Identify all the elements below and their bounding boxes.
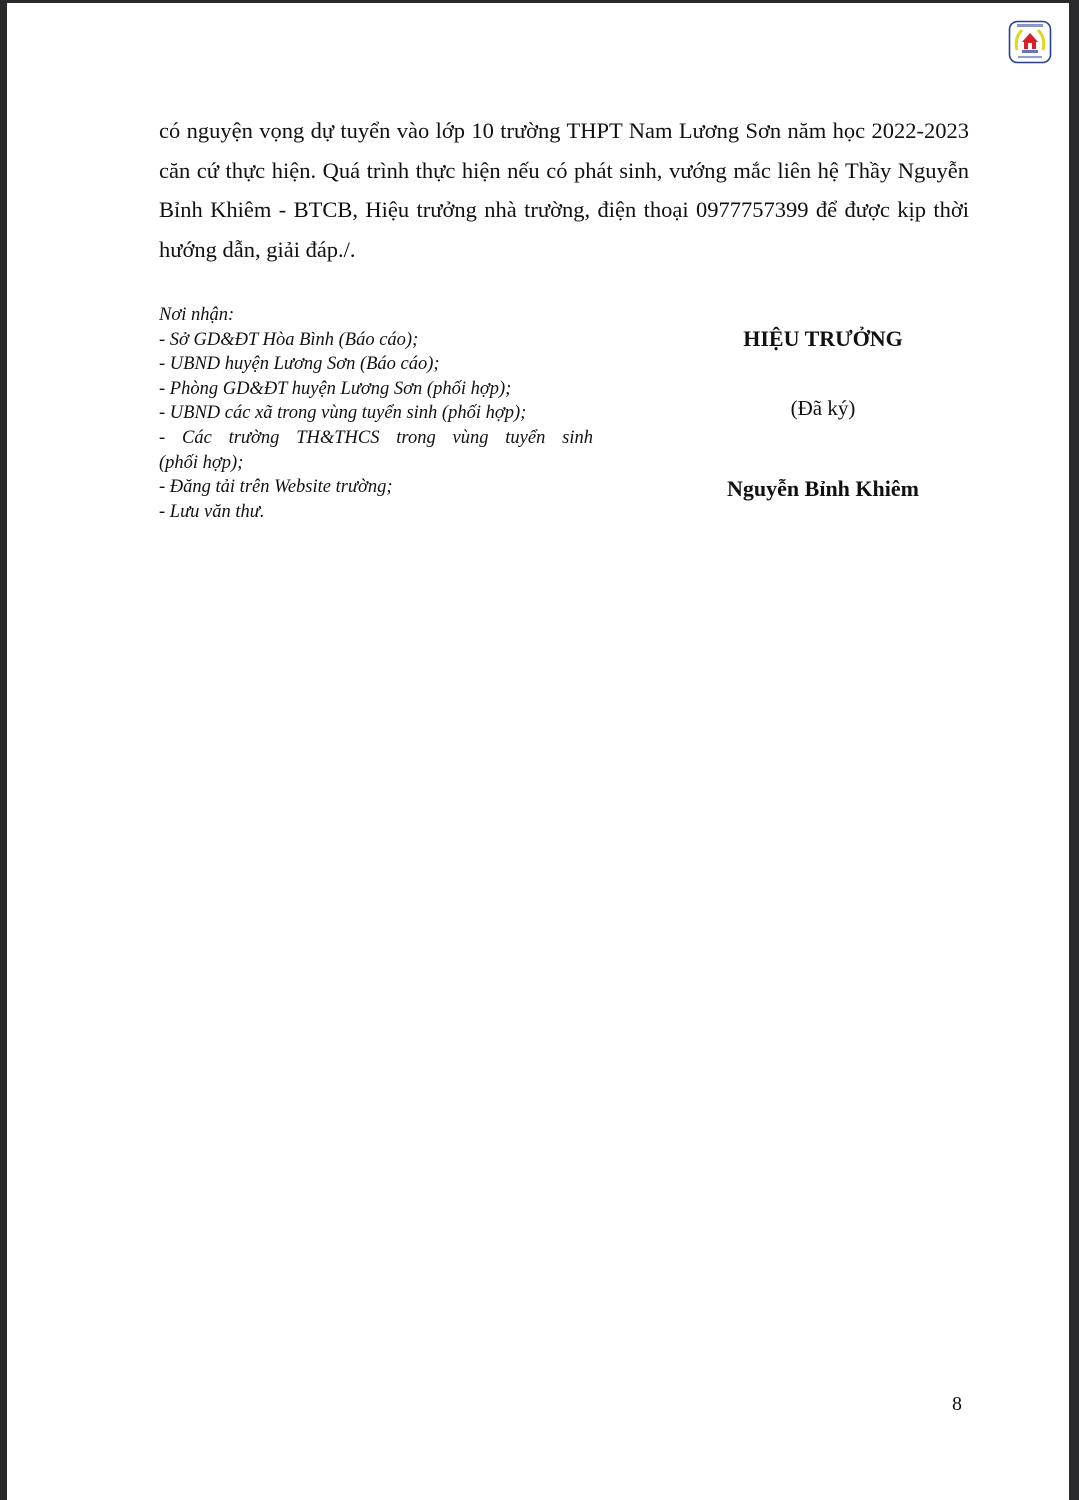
recipient-item: - Các trường TH&THCS trong vùng tuyển si… <box>159 426 593 451</box>
recipient-item: (phối hợp); <box>159 451 593 476</box>
recipients-list: Nơi nhận: - Sở GD&ĐT Hòa Bình (Báo cáo);… <box>159 303 593 524</box>
document-page: có nguyện vọng dự tuyển vào lớp 10 trườn… <box>7 3 1069 1500</box>
closing-paragraph: có nguyện vọng dự tuyển vào lớp 10 trườn… <box>159 111 969 269</box>
signer-name: Nguyễn Bỉnh Khiêm <box>693 473 953 505</box>
paragraph-text: có nguyện vọng dự tuyển vào lớp 10 trườn… <box>159 111 969 269</box>
signer-title: HIỆU TRƯỞNG <box>693 321 953 357</box>
recipients-heading: Nơi nhận: <box>159 303 593 328</box>
signed-note: (Đã ký) <box>693 393 953 423</box>
recipient-item: - Phòng GD&ĐT huyện Lương Sơn (phối hợp)… <box>159 377 593 402</box>
recipient-item: - Lưu văn thư. <box>159 500 593 525</box>
recipient-item: - Đăng tải trên Website trường; <box>159 475 593 500</box>
recipient-item: - UBND các xã trong vùng tuyển sinh (phố… <box>159 401 593 426</box>
school-emblem-icon <box>1008 20 1052 64</box>
recipient-item: - Sở GD&ĐT Hòa Bình (Báo cáo); <box>159 328 593 353</box>
page-number: 8 <box>952 1393 962 1416</box>
recipient-item: - UBND huyện Lương Sơn (Báo cáo); <box>159 352 593 377</box>
signature-block: HIỆU TRƯỞNG (Đã ký) Nguyễn Bỉnh Khiêm <box>693 321 953 505</box>
